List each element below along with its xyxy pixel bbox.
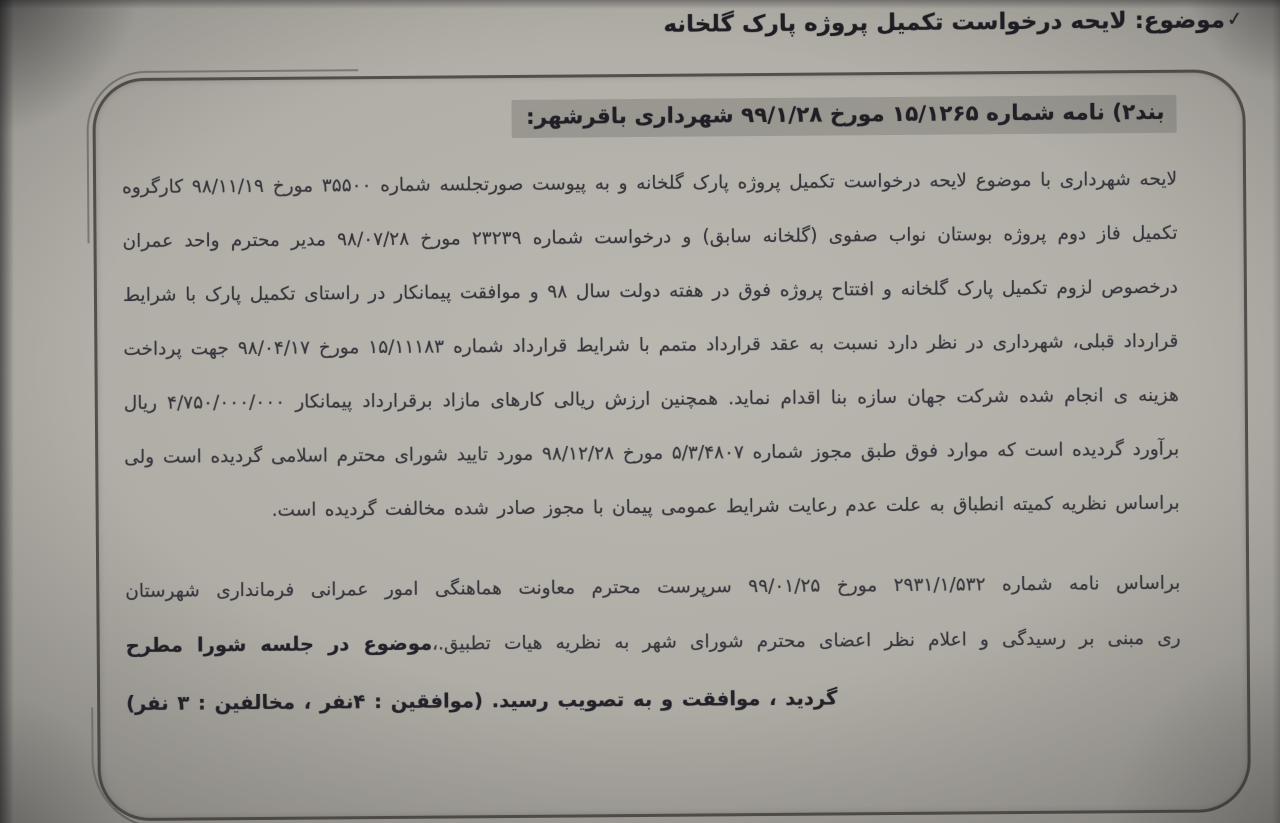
- section-heading: بند۲) نامه شماره ۱۵/۱۲۶۵ مورخ ۹۹/۱/۲۸ شه…: [121, 95, 1176, 141]
- document-body: بند۲) نامه شماره ۱۵/۱۲۶۵ مورخ ۹۹/۱/۲۸ شه…: [95, 72, 1248, 818]
- paragraph-2-line-2: ری مبنی بر رسیدگی و اعلام نظر اعضای محتر…: [125, 611, 1180, 674]
- page-title: ✓موضوع: لایحه درخواست تکمیل پروژه پارک گ…: [663, 7, 1243, 38]
- scanned-document-photo: ✓موضوع: لایحه درخواست تکمیل پروژه پارک گ…: [0, 0, 1280, 823]
- paragraph-2-line-2-text: ری مبنی بر رسیدگی و اعلام نظر اعضای محتر…: [432, 628, 1181, 655]
- paragraph-1: لایحه شهرداری با موضوع لایحه درخواست تکم…: [122, 153, 1180, 539]
- document-page: ✓موضوع: لایحه درخواست تکمیل پروژه پارک گ…: [0, 0, 1280, 823]
- document-frame: بند۲) نامه شماره ۱۵/۱۲۶۵ مورخ ۹۹/۱/۲۸ شه…: [92, 69, 1251, 821]
- paragraph-2-bold-text: موضوع در جلسه شورا مطرح: [126, 632, 433, 657]
- section-heading-text: بند۲) نامه شماره ۱۵/۱۲۶۵ مورخ ۹۹/۱/۲۸ شه…: [512, 95, 1177, 138]
- check-icon: ✓: [1226, 7, 1244, 31]
- paragraph-2-line-1: براساس نامه شماره ۲۹۳۱/۱/۵۳۲ مورخ ۹۹/۰۱/…: [125, 557, 1180, 619]
- closing-line: گردید ، موافقت و به تصویب رسید. (موافقین…: [126, 666, 1181, 734]
- page-title-text: موضوع: لایحه درخواست تکمیل پروژه پارک گل…: [663, 7, 1225, 37]
